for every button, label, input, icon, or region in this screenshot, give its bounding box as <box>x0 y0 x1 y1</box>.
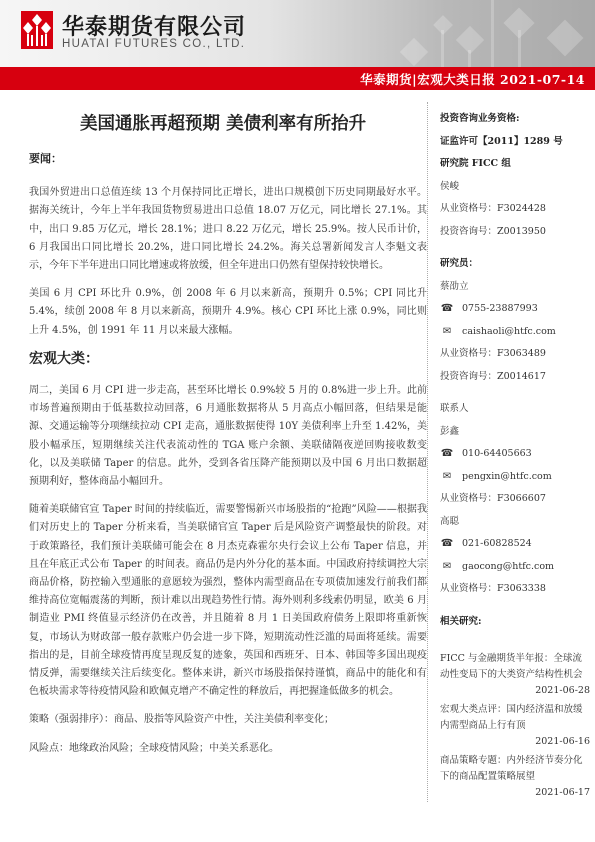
contact-name: 高聪 <box>440 511 590 534</box>
researcher-name: 蔡劭立 <box>440 276 590 299</box>
research-group: 研究院 FICC 组 <box>440 153 590 176</box>
column-divider <box>427 102 428 802</box>
analyst-practice-no: 从业资格号：F3024428 <box>440 198 590 221</box>
report-tag: 华泰期货|宏观大类日报 2021-07-14 <box>360 70 585 88</box>
license-number: 证监许可【2011】1289 号 <box>440 131 590 154</box>
decorative-diamond <box>400 38 428 66</box>
macro-heading: 宏观大类： <box>29 350 427 368</box>
researcher-phone: ☎ 0755-23887993 <box>440 298 590 321</box>
related-date: 2021-06-16 <box>440 734 590 750</box>
company-name-en: HUATAI FUTURES CO., LTD. <box>62 38 245 50</box>
related-item[interactable]: FICC 与金融期货半年报：全球流动性变局下的大类资产结构性机会 2021-06… <box>440 651 590 699</box>
report-banner: 华泰期货|宏观大类日报 2021-07-14 <box>0 67 595 90</box>
macro-paragraph: 随着美联储官宣 Taper 时间的持续临近，需要警惕新兴市场股指的“抢跑”风险—… <box>29 501 427 701</box>
researcher-consult-no: 投资咨询号：Z0014617 <box>440 366 590 389</box>
qualification-label: 投资咨询业务资格: <box>440 108 590 131</box>
company-name-cn: 华泰期货有限公司 <box>62 10 246 41</box>
related-date: 2021-06-28 <box>440 683 590 699</box>
phone-number: 0755-23887993 <box>462 298 538 321</box>
email-icon: ✉ <box>440 556 454 579</box>
risk-text: 风险点：地缘政治风险；全球疫情风险；中美关系恶化。 <box>29 740 427 758</box>
related-research-list: FICC 与金融期货半年报：全球流动性变局下的大类资产结构性机会 2021-06… <box>440 651 590 801</box>
key-news-paragraph: 我国外贸进出口总值连续 13 个月保持同比正增长，进出口规模创下历史同期最好水平… <box>29 184 427 275</box>
related-date: 2021-06-17 <box>440 785 590 801</box>
page-title: 美国通胀再超预期 美债利率有所抬升 <box>80 110 366 135</box>
related-title[interactable]: FICC 与金融期货半年报：全球流动性变局下的大类资产结构性机会 <box>440 651 590 683</box>
phone-number: 010-64405663 <box>462 443 532 466</box>
decorative-stem <box>441 30 444 67</box>
email-icon: ✉ <box>440 466 454 489</box>
contact-name: 彭鑫 <box>440 421 590 444</box>
email-icon: ✉ <box>440 321 454 344</box>
key-news-heading: 要闻： <box>29 150 427 168</box>
contact-label: 联系人 <box>440 398 590 421</box>
contact-phone: ☎ 010-64405663 <box>440 443 590 466</box>
phone-number: 021-60828524 <box>462 533 532 556</box>
phone-icon: ☎ <box>440 443 454 466</box>
analyst-name: 侯峻 <box>440 176 590 199</box>
decorative-stem <box>518 30 521 67</box>
related-title[interactable]: 商品策略专题：内外经济节奏分化下的商品配置策略展望 <box>440 753 590 785</box>
contact-practice-no: 从业资格号：F3063338 <box>440 578 590 601</box>
decorative-stem <box>468 50 471 67</box>
key-news-paragraph: 美国 6 月 CPI 环比升 0.9%，创 2008 年 6 月以来新高，预期升… <box>29 285 427 340</box>
sidebar: 投资咨询业务资格: 证监许可【2011】1289 号 研究院 FICC 组 侯峻… <box>440 108 590 804</box>
company-logo-icon <box>21 11 53 49</box>
email-address[interactable]: caishaoli@htfc.com <box>462 321 556 344</box>
contact-email[interactable]: ✉ pengxin@htfc.com <box>440 466 590 489</box>
analyst-consult-no: 投资咨询号：Z0013950 <box>440 221 590 244</box>
researcher-email[interactable]: ✉ caishaoli@htfc.com <box>440 321 590 344</box>
related-title[interactable]: 宏观大类点评：国内经济温和放缓内需型商品上行有顶 <box>440 702 590 734</box>
researcher-practice-no: 从业资格号：F3063489 <box>440 343 590 366</box>
decorative-diamond <box>547 20 584 57</box>
strategy-text: 策略（强弱排序）：商品、股指等风险资产中性，关注美债利率变化； <box>29 711 427 729</box>
related-research-label: 相关研究: <box>440 611 590 634</box>
decorative-stem <box>491 0 494 67</box>
related-item[interactable]: 商品策略专题：内外经济节奏分化下的商品配置策略展望 2021-06-17 <box>440 753 590 801</box>
contact-practice-no: 从业资格号：F3066607 <box>440 488 590 511</box>
contact-email[interactable]: ✉ gaocong@htfc.com <box>440 556 590 579</box>
main-content: 要闻： 我国外贸进出口总值连续 13 个月保持同比正增长，进出口规模创下历史同期… <box>29 150 427 768</box>
email-address[interactable]: pengxin@htfc.com <box>462 466 552 489</box>
page-header: 华泰期货有限公司 HUATAI FUTURES CO., LTD. <box>0 0 595 67</box>
contact-phone: ☎ 021-60828524 <box>440 533 590 556</box>
macro-paragraph: 周二，美国 6 月 CPI 进一步走高，甚至环比增长 0.9%较 5 月的 0.… <box>29 382 427 491</box>
phone-icon: ☎ <box>440 533 454 556</box>
researcher-label: 研究员： <box>440 253 590 276</box>
related-item[interactable]: 宏观大类点评：国内经济温和放缓内需型商品上行有顶 2021-06-16 <box>440 702 590 750</box>
phone-icon: ☎ <box>440 298 454 321</box>
email-address[interactable]: gaocong@htfc.com <box>462 556 554 579</box>
